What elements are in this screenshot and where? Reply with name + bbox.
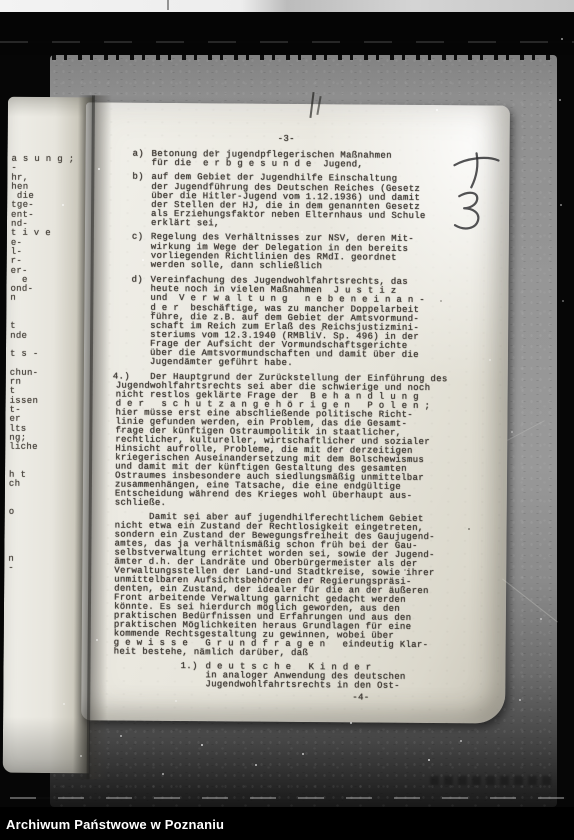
paragraph-text: Der Hauptgrund der Zurückstellung der Ei… [115,372,500,510]
typed-line: a s u n g ; [11,155,81,165]
film-top-strip [0,0,574,12]
sub-item-label: 1.) [180,662,197,671]
page-number-bottom: -4- [352,693,497,703]
typed-line: nde [10,331,80,341]
typed-line: n [8,554,78,564]
handwritten-mark-3 [455,193,479,229]
typed-line [9,527,79,537]
typed-line: heit bestehe, nämlich darüber, daß [114,647,498,659]
handwritten-marks [442,144,505,244]
typed-line [8,545,78,555]
typed-line [9,499,79,509]
film-edge-tick [167,0,169,10]
mat-ragged-edge [52,55,555,60]
typed-line [9,489,79,499]
typed-line: liche [9,443,79,453]
paragraph-label: 4.) [113,372,130,381]
scanned-book-opening: a s u n g ;-hr,hen dietge-ent-nd-t i v e… [3,95,510,791]
typed-line [9,517,79,527]
typed-line: - [8,564,78,574]
typed-line: n [10,294,80,304]
typed-line [10,313,80,323]
typed-line: Jugendämter geführt habe. [150,358,500,370]
typed-line: Jugendwohlfahrtsrechts in den Ost- [205,680,497,691]
list-item-d: d) Vereinfachung des Jugendwohlfahrtsrec… [116,276,501,371]
typed-line: t s - [10,350,80,360]
typed-line [10,303,80,313]
paragraph-damit: Damit sei aber auf jugendhilferechtliche… [114,512,499,659]
typed-line: o [9,508,79,518]
typed-line: rn [10,378,80,388]
typed-line [9,452,79,462]
paragraph-text: Damit sei aber auf jugendhilferechtliche… [114,512,499,659]
typed-line: ond- [10,285,80,295]
list-item-label: b) [132,173,144,182]
film-frame-divider [10,797,566,799]
film-black-band [0,12,574,55]
left-page-fragment-column: a s u n g ;-hr,hen dietge-ent-nd-t i v e… [8,155,81,574]
list-item-label: d) [132,276,144,285]
paragraph-4: 4.) Der Hauptgrund der Zurückstellung de… [115,372,500,510]
list-item-label: c) [132,233,144,242]
typed-line [8,536,78,546]
list-item-label: a) [133,150,145,159]
sub-item-1: 1.) d e u t s c h e K i n d e rin analog… [113,661,497,691]
film-dust-specks [0,0,2,2]
archive-caption-bar: Archiwum Państwowe w Poznaniu [0,807,574,840]
archive-name-label: Archiwum Państwowe w Poznaniu [6,817,224,832]
sub-item-text: d e u t s c h e K i n d e rin analoger A… [205,662,497,691]
typed-line: ch [9,480,79,490]
list-item-text: Vereinfachung des Jugendwohlfahrtsrechts… [150,276,501,370]
typed-line: werden solle, dann schließlich [151,261,501,273]
film-streak [0,41,574,43]
